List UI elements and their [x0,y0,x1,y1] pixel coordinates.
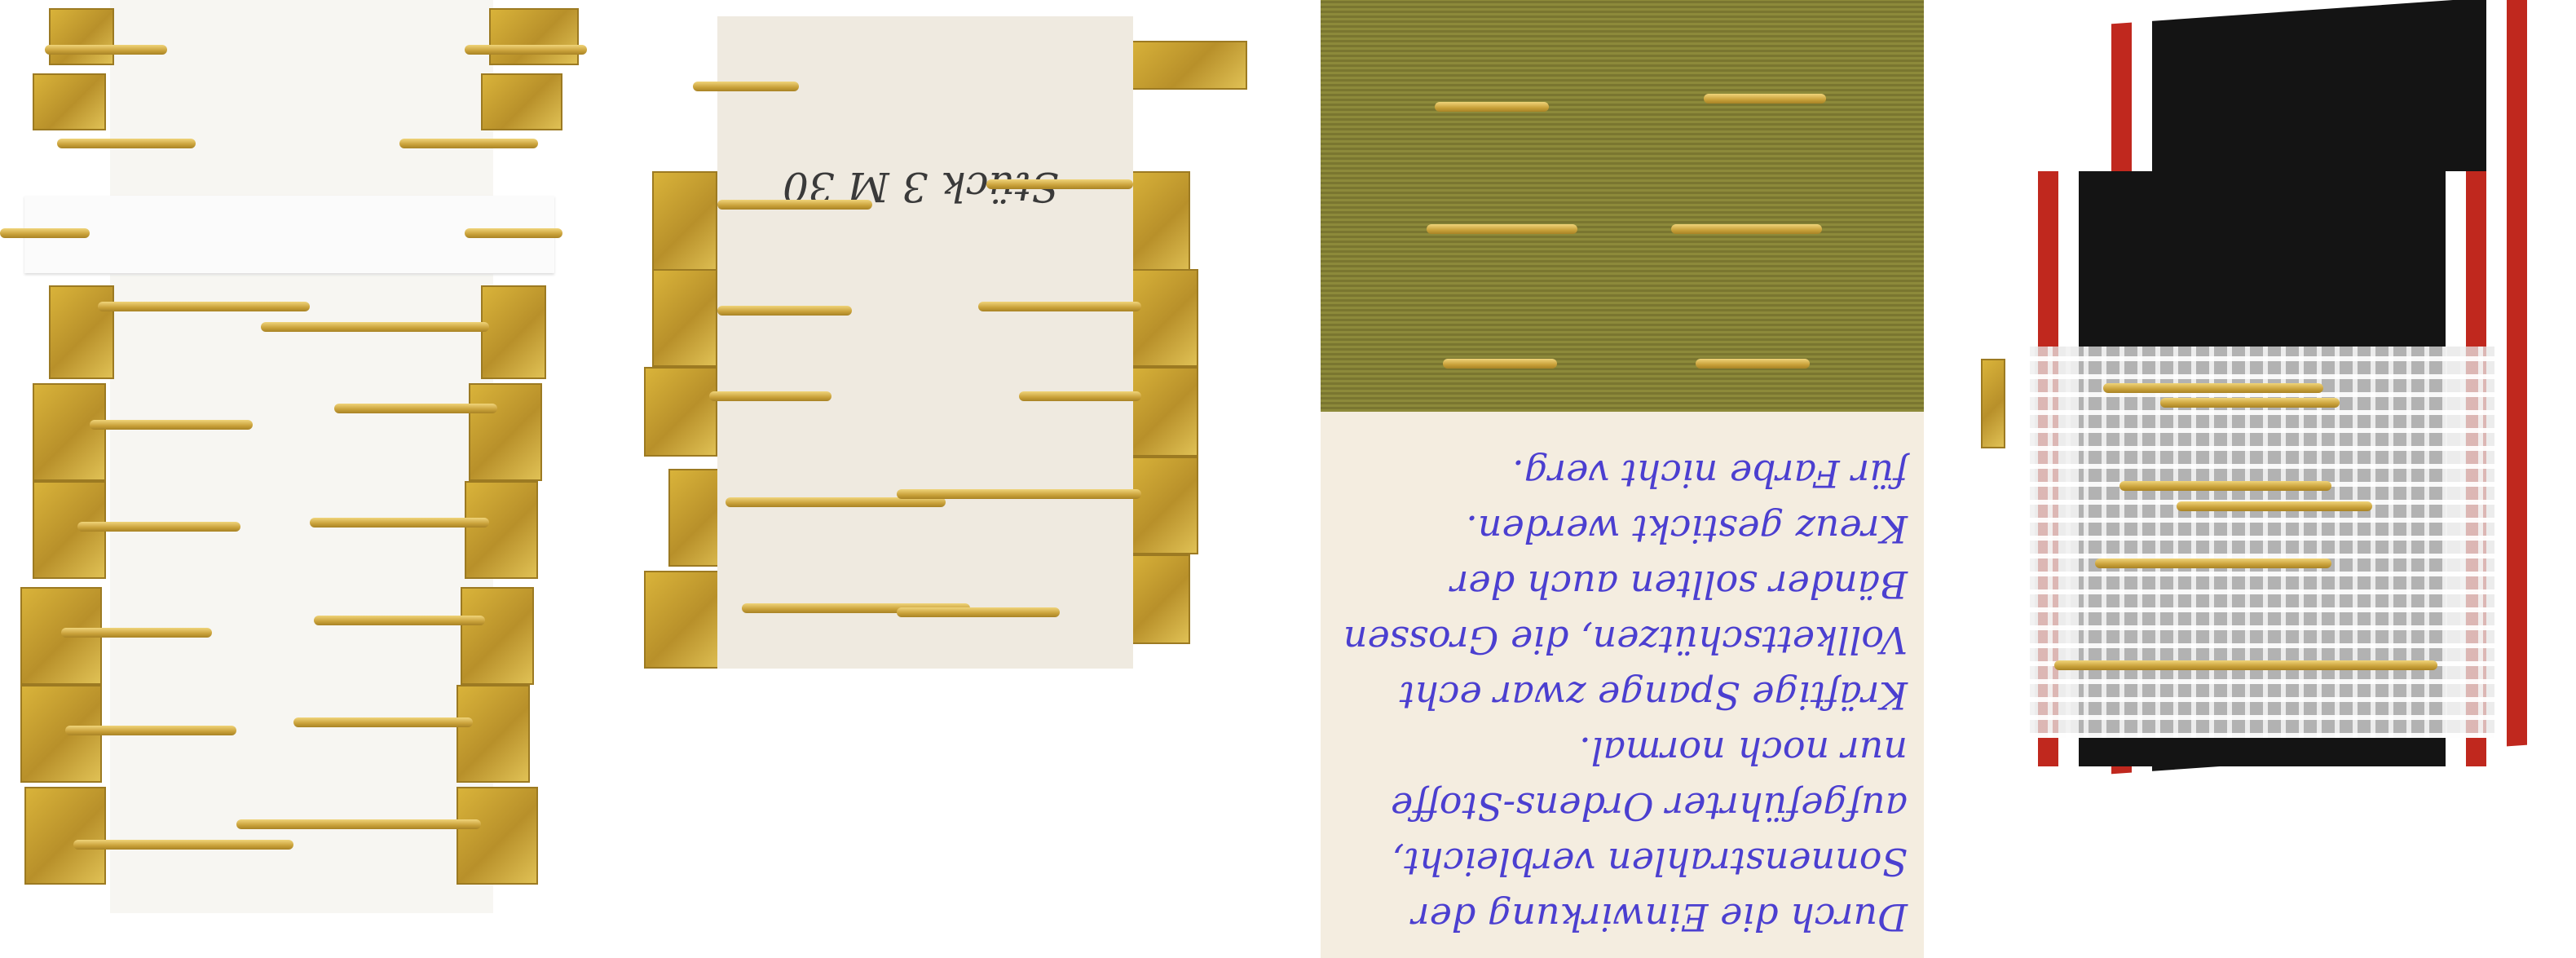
brass-pin [2177,501,2372,511]
brass-tab [652,269,717,367]
brass-pin [98,302,310,311]
brass-prong [693,82,799,91]
brass-tab [489,8,579,65]
brass-tab [457,685,530,783]
brass-tab [49,285,114,379]
brass-pin [897,607,1060,617]
brass-prong [465,228,562,238]
brass-tab [481,285,546,379]
brass-pin [73,840,293,850]
brass-tab [652,171,717,277]
brass-pin [1427,224,1577,234]
brass-pin [897,489,1141,499]
brass-pin [978,302,1141,311]
brass-pin [77,522,240,532]
brass-tab [1125,41,1247,90]
brass-pin [61,628,212,638]
brass-prong [57,139,196,148]
brass-tab [1125,269,1198,367]
brass-tab [1125,171,1190,277]
brass-pin [310,518,489,528]
brass-tab [24,787,106,885]
brass-tab [33,73,106,130]
brass-pin [2160,398,2340,408]
brass-prong [399,139,538,148]
brass-prong [45,45,167,55]
ribbon-bar-2: Stück 3 M 30 [636,16,1272,685]
brass-tab [49,8,114,65]
brass-tab [465,481,538,579]
brass-tab [1125,457,1198,554]
brass-pin [90,420,253,430]
brass-tab [469,383,542,481]
brass-pin [1696,359,1810,369]
brass-tab-edge [1981,359,2005,448]
white-card [110,0,493,913]
brass-tab [481,73,562,130]
brass-pin [2119,481,2331,491]
brass-pin [236,819,481,829]
brass-tab [644,367,717,457]
handwritten-note: Durch die Einwirkung der Sonnenstrahlen … [1321,412,1924,958]
brass-pin [261,322,489,332]
brass-pin [334,404,497,413]
brass-tab [1125,367,1198,457]
brass-pin [1435,102,1549,112]
brass-pin [717,200,872,210]
brass-pin [1704,94,1826,104]
brass-prong [0,228,90,238]
brass-pin [1443,359,1557,369]
brass-pin [2209,660,2437,670]
brass-pin [2095,558,2331,568]
brass-tab [461,587,534,685]
khaki-cloth [1321,0,1924,412]
ribbon-bar-4 [1956,24,2576,775]
brass-pin [314,616,485,625]
brass-prong [1019,391,1141,401]
brass-tab [457,787,538,885]
ribbon-bar-1 [0,0,587,958]
brass-pin [65,726,236,735]
brass-tab [1125,554,1190,644]
brass-pin [717,306,852,316]
brass-tab [33,383,106,481]
brass-pin [1671,224,1822,234]
ribbon-bar-3: Durch die Einwirkung der Sonnenstrahlen … [1321,0,1924,958]
brass-prong [709,391,831,401]
cream-card [717,16,1133,669]
brass-pin [2103,383,2323,393]
brass-pin [293,717,473,727]
brass-pin [986,179,1133,189]
brass-tab [644,571,726,669]
brass-prong [465,45,587,55]
